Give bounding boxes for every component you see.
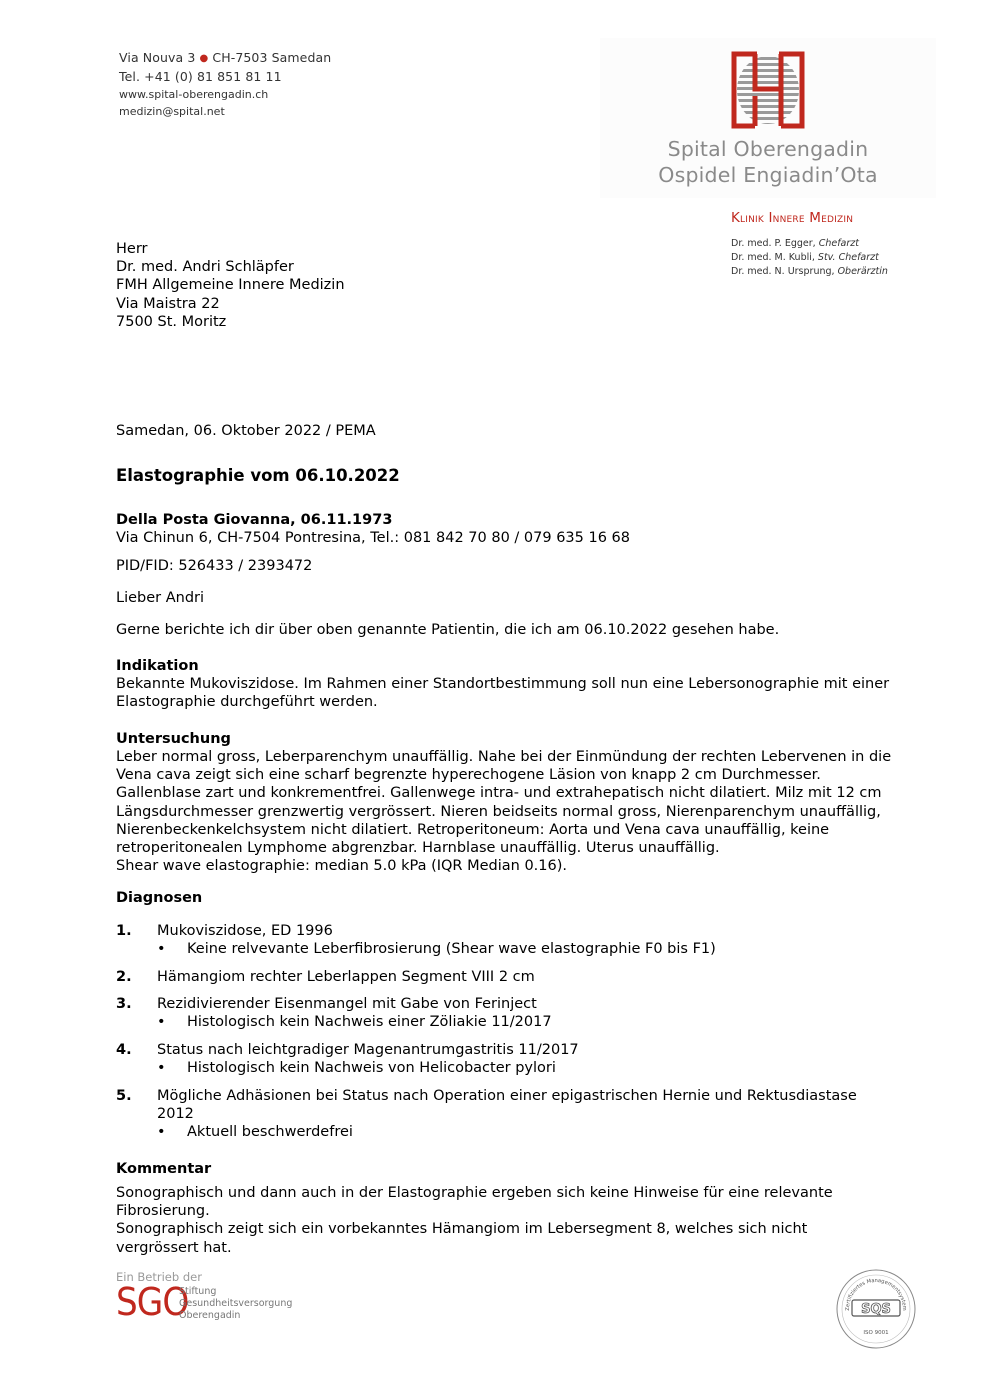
- doctor-role: Oberärztin: [838, 266, 888, 277]
- diagnosis-bullet: Histologisch kein Nachweis einer Zöliaki…: [187, 1013, 927, 1031]
- section-text-kommentar: Sonographisch und dann auch in der Elast…: [116, 1184, 926, 1257]
- hospital-h-logo-icon: [729, 51, 807, 129]
- greeting: Lieber Andri: [116, 589, 926, 607]
- doctor-name: Dr. med. M. Kubli,: [731, 252, 818, 263]
- certificate-standard: ISO 9001: [863, 1330, 888, 1336]
- section-text-untersuchung: Leber normal gross, Leberparenchym unauf…: [116, 748, 926, 875]
- doctor-entry: Dr. med. N. Ursprung, Oberärztin: [731, 265, 888, 279]
- patient-ids: PID/FID: 526433 / 2393472: [116, 557, 926, 575]
- bullet-icon: •: [157, 940, 177, 958]
- recipient-line: Via Maistra 22: [116, 295, 345, 313]
- diagnosis-number: 2.: [116, 968, 132, 986]
- sender-city: CH-7503 Samedan: [212, 50, 331, 65]
- diagnosis-number: 3.: [116, 995, 132, 1013]
- diagnosis-bullet: Histologisch kein Nachweis von Helicobac…: [187, 1059, 927, 1077]
- text-line: Fibrosierung.: [116, 1202, 926, 1220]
- sender-website: www.spital-oberengadin.ch: [119, 86, 331, 103]
- diagnosis-number: 4.: [116, 1041, 132, 1059]
- text-line: Shear wave elastographie: median 5.0 kPa…: [116, 857, 926, 875]
- diagnosis-text: Rezidivierender Eisenmangel mit Gabe von…: [157, 995, 927, 1013]
- recipient-line: Dr. med. Andri Schläpfer: [116, 258, 345, 276]
- text-line: Nierenbeckenkelchsystem nicht dilatiert.…: [116, 821, 926, 839]
- section-heading-kommentar: Kommentar: [116, 1160, 926, 1178]
- text-line: Bekannte Mukoviszidose. Im Rahmen einer …: [116, 675, 926, 693]
- text-line: vergrössert hat.: [116, 1239, 926, 1257]
- bullet-icon: •: [157, 1013, 177, 1031]
- bullet-icon: •: [157, 1123, 177, 1141]
- text-line: Gallenblase zart und konkrementfrei. Gal…: [116, 784, 926, 802]
- text-line: Längsdurchmesser grenzwertig vergrössert…: [116, 803, 926, 821]
- document-title: Elastographie vom 06.10.2022: [116, 467, 926, 485]
- text-line: Leber normal gross, Leberparenchym unauf…: [116, 748, 926, 766]
- sender-address: Via Nouva 3 ● CH-7503 Samedan: [119, 49, 331, 68]
- patient-address: Via Chinun 6, CH-7504 Pontresina, Tel.: …: [116, 529, 926, 547]
- recipient-line: FMH Allgemeine Innere Medizin: [116, 276, 345, 294]
- sgo-line: Gesundheitsversorgung: [179, 1298, 292, 1310]
- doctor-name: Dr. med. P. Egger,: [731, 238, 819, 249]
- sgo-subtitle: Stiftung Gesundheitsversorgung Oberengad…: [179, 1286, 292, 1322]
- diagnosis-text: 2012: [157, 1105, 927, 1123]
- text-line: Elastographie durchgeführt werden.: [116, 693, 926, 711]
- recipient-line: Herr: [116, 240, 345, 258]
- recipient-line: 7500 St. Moritz: [116, 313, 345, 331]
- sender-email: medizin@spital.net: [119, 103, 331, 120]
- section-heading-indikation: Indikation: [116, 657, 926, 675]
- hospital-name-line1: Spital Oberengadin: [600, 136, 936, 162]
- diagnosis-number: 5.: [116, 1087, 132, 1105]
- diagnosis-text: Hämangiom rechter Leberlappen Segment VI…: [157, 968, 927, 986]
- bullet-dot-icon: ●: [199, 53, 208, 64]
- doctor-entry: Dr. med. P. Egger, Chefarzt: [731, 237, 888, 251]
- patient-name: Della Posta Giovanna, 06.11.1973: [116, 511, 926, 529]
- doctor-entry: Dr. med. M. Kubli, Stv. Chefarzt: [731, 251, 888, 265]
- text-line: Sonographisch zeigt sich ein vorbekannte…: [116, 1220, 926, 1238]
- section-heading-diagnosen: Diagnosen: [116, 889, 926, 907]
- sender-contact-block: Via Nouva 3 ● CH-7503 Samedan Tel. +41 (…: [119, 49, 331, 120]
- diagnosis-text: Mögliche Adhäsionen bei Status nach Oper…: [157, 1087, 927, 1105]
- sgo-mark: SGO: [116, 1282, 188, 1322]
- clinic-name: Klinik Innere Medizin: [731, 210, 853, 226]
- sgo-footer-logo: Ein Betrieb der SGO Stiftung Gesundheits…: [116, 1270, 202, 1284]
- sgo-line: Stiftung: [179, 1286, 292, 1298]
- diagnosis-bullet: Keine relvevante Leberfibrosierung (Shea…: [187, 940, 927, 958]
- section-text-indikation: Bekannte Mukoviszidose. Im Rahmen einer …: [116, 675, 926, 711]
- sgo-line: Oberengadin: [179, 1310, 292, 1322]
- certificate-mark: SQS: [861, 1302, 891, 1317]
- text-line: retroperitonealen Lymphome abgrenzbar. H…: [116, 839, 926, 857]
- doctor-name: Dr. med. N. Ursprung,: [731, 266, 838, 277]
- place-date: Samedan, 06. Oktober 2022 / PEMA: [116, 422, 926, 440]
- bullet-icon: •: [157, 1059, 177, 1077]
- diagnosis-text: Status nach leichtgradiger Magenantrumga…: [157, 1041, 927, 1059]
- doctors-list: Dr. med. P. Egger, Chefarzt Dr. med. M. …: [731, 237, 888, 279]
- text-line: Sonographisch und dann auch in der Elast…: [116, 1184, 926, 1202]
- section-heading-untersuchung: Untersuchung: [116, 730, 926, 748]
- diagnosis-text: Mukoviszidose, ED 1996: [157, 922, 927, 940]
- doctor-role: Stv. Chefarzt: [818, 252, 879, 263]
- sqs-certificate-seal-icon: Zertifiziertes Managementsystem SQS ISO …: [835, 1268, 917, 1350]
- hospital-name-line2: Ospidel Engiadin’Ota: [600, 162, 936, 188]
- hospital-name: Spital Oberengadin Ospidel Engiadin’Ota: [600, 136, 936, 188]
- diagnosis-number: 1.: [116, 922, 132, 940]
- intro-text: Gerne berichte ich dir über oben genannt…: [116, 621, 926, 639]
- sender-street: Via Nouva 3: [119, 50, 195, 65]
- letter-page: Via Nouva 3 ● CH-7503 Samedan Tel. +41 (…: [0, 0, 990, 1400]
- recipient-address: Herr Dr. med. Andri Schläpfer FMH Allgem…: [116, 240, 345, 331]
- diagnosis-bullet: Aktuell beschwerdefrei: [187, 1123, 927, 1141]
- doctor-role: Chefarzt: [819, 238, 859, 249]
- text-line: Vena cava zeigt sich eine scharf begrenz…: [116, 766, 926, 784]
- sender-phone: Tel. +41 (0) 81 851 81 11: [119, 68, 331, 86]
